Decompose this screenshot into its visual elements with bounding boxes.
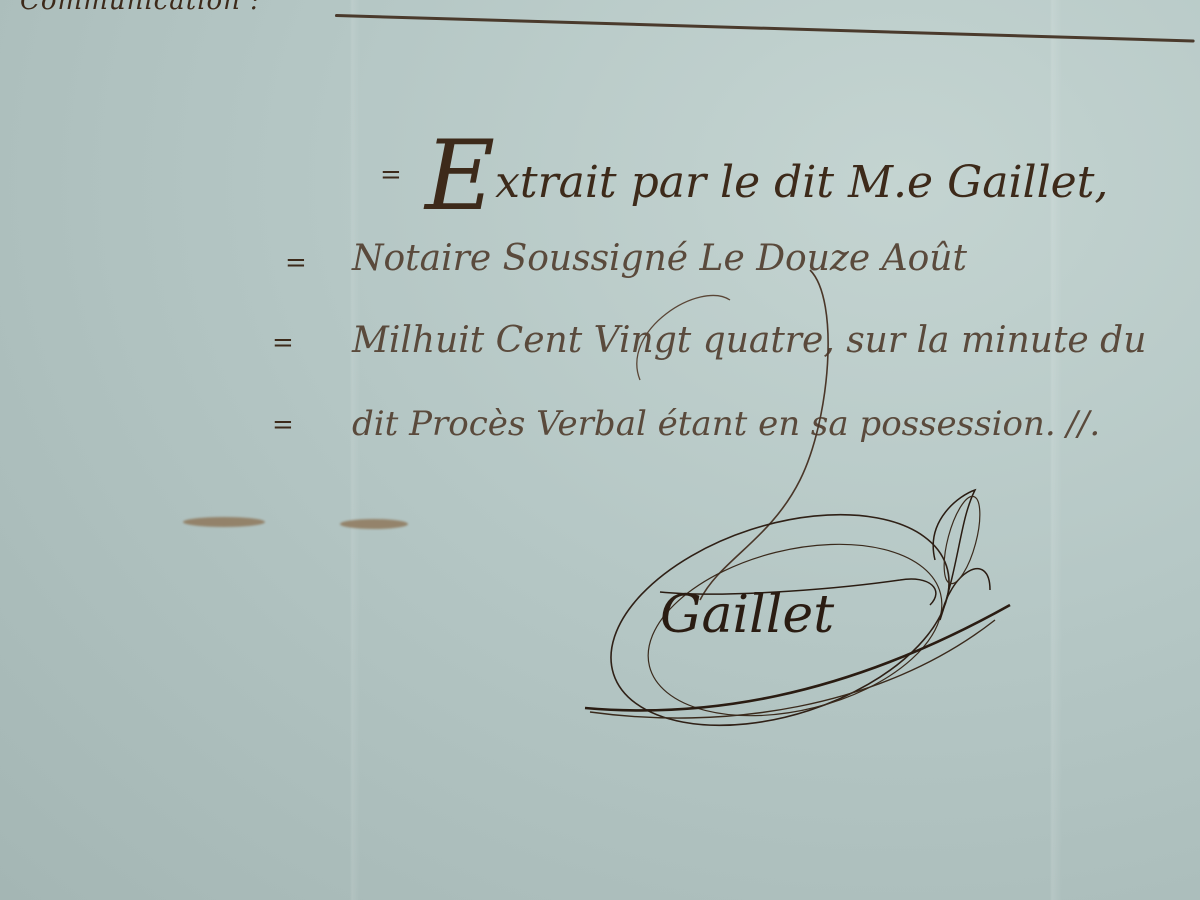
signature-block: Gaillet <box>580 480 1020 770</box>
signature-name: Gaillet <box>660 585 834 645</box>
